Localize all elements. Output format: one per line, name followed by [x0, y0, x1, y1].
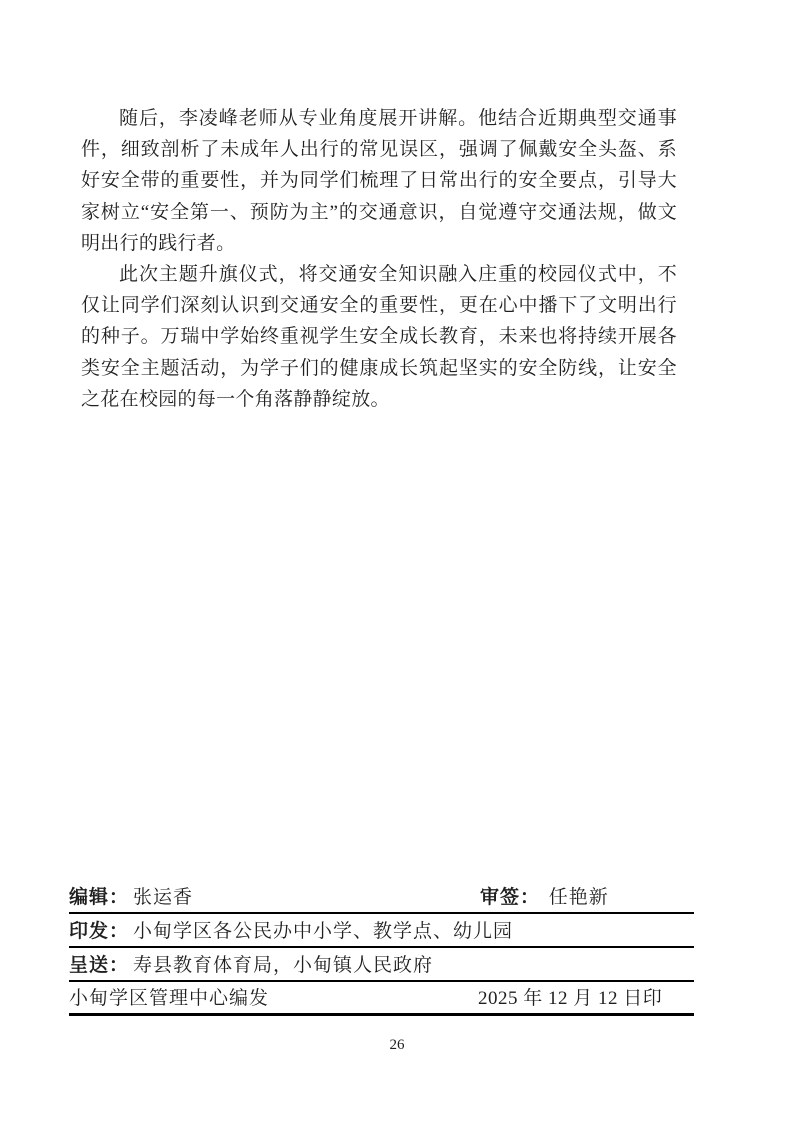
distribution-label: 印发：: [69, 916, 129, 943]
print-date: 2025 年 12 月 12 日印: [478, 983, 662, 1010]
issuer-name: 小甸学区管理中心编发: [69, 983, 269, 1010]
reviewer-value: 任艳新: [549, 887, 609, 908]
submission-value: 寿县教育体育局，小甸镇人民政府: [133, 950, 433, 977]
footer-row-issuer: 小甸学区管理中心编发 2025 年 12 月 12 日印: [69, 982, 694, 1016]
footer-row-submission: 呈送： 寿县教育体育局，小甸镇人民政府: [69, 948, 694, 982]
body-paragraph-2: 此次主题升旗仪式，将交通安全知识融入庄重的校园仪式中，不仅让同学们深刻认识到交通…: [81, 259, 677, 415]
footer-row-distribution: 印发： 小甸学区各公民办中小学、教学点、幼儿园: [69, 914, 694, 948]
submission-label: 呈送：: [69, 950, 129, 977]
body-paragraph-1: 随后，李凌峰老师从专业角度展开讲解。他结合近期典型交通事件，细致剖析了未成年人出…: [81, 103, 677, 259]
colophon-footer: 编辑： 张运香 审签： 任艳新 印发： 小甸学区各公民办中小学、教学点、幼儿园 …: [69, 880, 694, 1016]
page-number: 26: [0, 1037, 794, 1054]
editor-label: 编辑：: [69, 882, 129, 909]
editor-value: 张运香: [133, 882, 193, 909]
reviewer-group: 审签： 任艳新: [480, 882, 609, 909]
article-body: 随后，李凌峰老师从专业角度展开讲解。他结合近期典型交通事件，细致剖析了未成年人出…: [81, 103, 677, 415]
footer-row-editor: 编辑： 张运香 审签： 任艳新: [69, 880, 694, 914]
document-page: 随后，李凌峰老师从专业角度展开讲解。他结合近期典型交通事件，细致剖析了未成年人出…: [0, 0, 794, 1122]
distribution-value: 小甸学区各公民办中小学、教学点、幼儿园: [133, 916, 513, 943]
reviewer-label: 审签：: [480, 887, 540, 908]
